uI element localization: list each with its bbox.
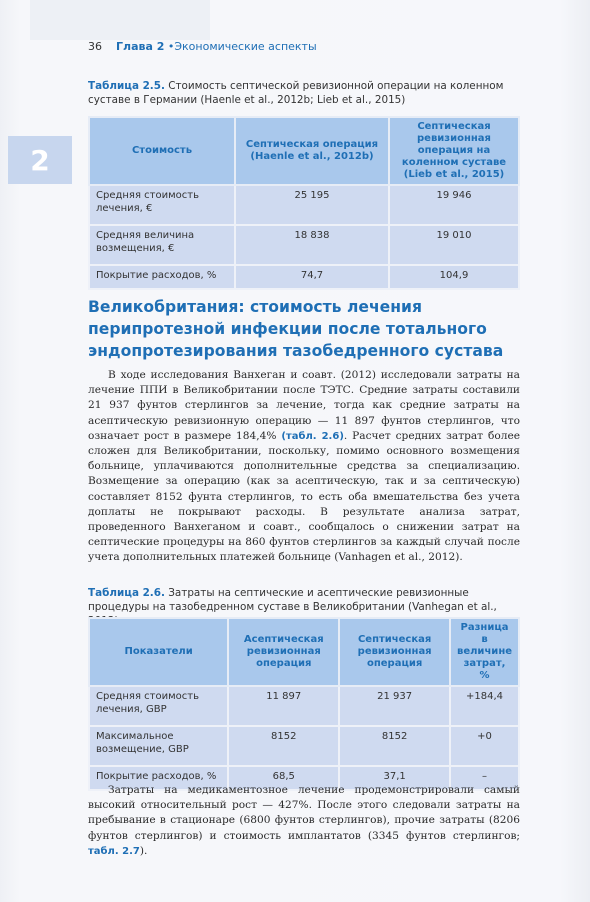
running-head: 36 Глава 2 •Экономические аспекты <box>88 40 317 53</box>
paragraph-text: Затраты на медикаментозное лечение проде… <box>88 784 520 842</box>
table-2-6: Показатели Асептическая ревизионная опер… <box>88 617 520 791</box>
column-header: Септическая ревизионная операция на коле… <box>389 117 519 185</box>
paragraph-text: ). <box>140 845 148 857</box>
column-header: Разница в величине затрат, % <box>450 618 519 686</box>
column-header: Септическая ревизионная операция <box>339 618 450 686</box>
cell-value: +0 <box>450 726 519 766</box>
cell-value: 8152 <box>228 726 339 766</box>
row-label: Покрытие расходов, % <box>89 265 235 289</box>
section-heading: Великобритания: стоимость лечения перипр… <box>88 296 528 362</box>
body-paragraph: В ходе исследования Ванхеган и соавт. (2… <box>88 368 520 566</box>
row-label: Средняя стоимость лечения, € <box>89 185 235 225</box>
chapter-name: Экономические аспекты <box>174 40 316 53</box>
column-header: Септическая операция (Haenle et al., 201… <box>235 117 389 185</box>
table-row: Средняя величина возмещения, € 18 838 19… <box>89 225 519 265</box>
table-row: Средняя стоимость лечения, GBP 11 897 21… <box>89 686 519 726</box>
table-header-row: Стоимость Септическая операция (Haenle e… <box>89 117 519 185</box>
chapter-tab-number: 2 <box>30 144 49 177</box>
chapter-tab: 2 <box>8 136 72 184</box>
book-page: 36 Глава 2 •Экономические аспекты 2 Табл… <box>0 0 590 902</box>
row-label: Средняя стоимость лечения, GBP <box>89 686 228 726</box>
cell-value: 74,7 <box>235 265 389 289</box>
table-row: Средняя стоимость лечения, € 25 195 19 9… <box>89 185 519 225</box>
column-header: Стоимость <box>89 117 235 185</box>
cell-value: +184,4 <box>450 686 519 726</box>
row-label: Максимальное возмещение, GBP <box>89 726 228 766</box>
cell-value: 8152 <box>339 726 450 766</box>
cell-value: 19 946 <box>389 185 519 225</box>
cell-value: 104,9 <box>389 265 519 289</box>
separator: • <box>164 40 174 53</box>
page-number: 36 <box>88 40 102 53</box>
paragraph-text: . Расчет средних затрат более сложен для… <box>88 430 520 564</box>
cell-value: 21 937 <box>339 686 450 726</box>
cell-value: 18 838 <box>235 225 389 265</box>
table-label: Таблица 2.5. <box>88 80 165 92</box>
cell-value: 25 195 <box>235 185 389 225</box>
body-paragraph: Затраты на медикаментозное лечение проде… <box>88 783 520 859</box>
chapter-title: Глава 2 •Экономические аспекты <box>116 40 317 53</box>
cell-value: 19 010 <box>389 225 519 265</box>
bleed-through-shadow <box>30 0 210 40</box>
column-header: Показатели <box>89 618 228 686</box>
table-label: Таблица 2.6. <box>88 587 165 599</box>
column-header: Асептическая ревизионная операция <box>228 618 339 686</box>
chapter-label: Глава 2 <box>116 40 164 53</box>
table-reference-link[interactable]: табл. 2.7 <box>88 846 140 857</box>
table-row: Максимальное возмещение, GBP 8152 8152 +… <box>89 726 519 766</box>
row-label: Средняя величина возмещения, € <box>89 225 235 265</box>
table-header-row: Показатели Асептическая ревизионная опер… <box>89 618 519 686</box>
table-2-5: Стоимость Септическая операция (Haenle e… <box>88 116 520 290</box>
table-row: Покрытие расходов, % 74,7 104,9 <box>89 265 519 289</box>
cell-value: 11 897 <box>228 686 339 726</box>
table-2-5-caption: Таблица 2.5. Стоимость септической ревиз… <box>88 79 518 107</box>
table-reference-link[interactable]: (табл. 2.6) <box>281 431 344 442</box>
